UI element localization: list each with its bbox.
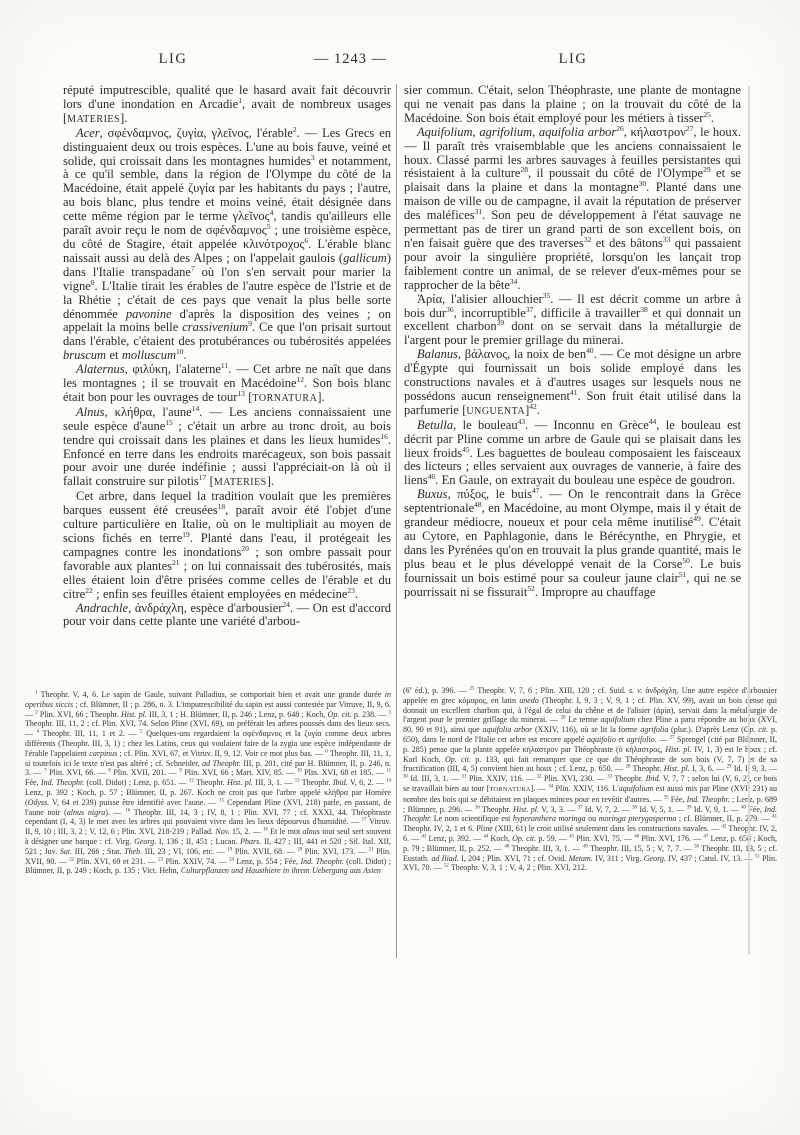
footnotes-text: 1 Theophr. V, 4, 6. Le sapin de Gaule, s…: [25, 690, 391, 876]
entry-balanus: Balanus, βάλανος, la noix de ben40. — Ce…: [404, 348, 741, 419]
entry-aquifolium: Aquifolium, agrifolium, aquifolia arbor2…: [404, 126, 741, 293]
entry-alaternus: Alaternus, φιλύκη, l'alaterne11. — Cet a…: [63, 363, 391, 406]
entry-buxus: Buxus, πύξος, le buis47. — On le rencont…: [404, 488, 741, 599]
entry-acer: Acer, σφένδαμνος, ζυγία, γλεῖνος, l'érab…: [63, 127, 391, 363]
scanned-dictionary-page: LIG — 1243 — LIG réputé imputrescible, q…: [0, 0, 800, 1135]
running-head-right: LIG: [528, 51, 618, 68]
left-text-column: réputé imputrescible, qualité que le has…: [63, 84, 391, 629]
paragraph-continuation: sier commun. C'était, selon Théophraste,…: [404, 84, 741, 126]
footnotes-text: (6e éd.), p. 396. — 25 Theophr. V, 7, 6 …: [403, 686, 777, 873]
column-divider-rule: [396, 84, 397, 958]
footnotes-left-column: 1 Theophr. V, 4, 6. Le sapin de Gaule, s…: [25, 690, 391, 876]
footnotes-right-column: (6e éd.), p. 396. — 25 Theophr. V, 7, 6 …: [403, 686, 777, 873]
scan-edge-artifact: [748, 86, 750, 954]
entry-alnus-suite: Cet arbre, dans lequel la tradition voul…: [63, 490, 391, 601]
page-number: — 1243 —: [293, 51, 408, 68]
entry-aria: Ἀρία, l'alisier allouchier35. — Il est d…: [404, 293, 741, 349]
entry-betulla: Betulla, le bouleau43. — Inconnu en Grèc…: [404, 419, 741, 489]
paragraph-continuation: réputé imputrescible, qualité que le has…: [63, 84, 391, 127]
entry-alnus: Alnus, κλήθρα, l'aune14. — Les anciens c…: [63, 406, 391, 490]
entry-andrachle: Andrachle, ἀνδράχλη, espèce d'arbousier2…: [63, 602, 391, 630]
running-head-left: LIG: [128, 51, 218, 68]
right-text-column: sier commun. C'était, selon Théophraste,…: [404, 84, 741, 600]
